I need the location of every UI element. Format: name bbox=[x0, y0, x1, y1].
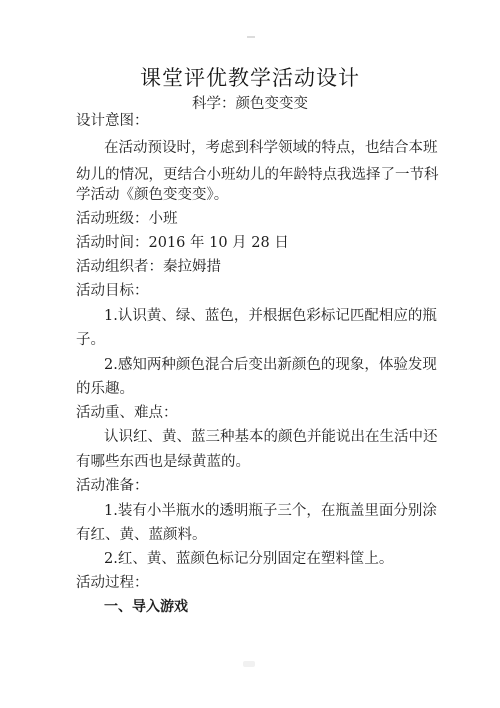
goal-item-continued: 的乐趣。 bbox=[76, 379, 134, 399]
section-heading-preparation: 活动准备： bbox=[76, 476, 149, 496]
field-activity-organizer: 活动组织者：秦拉姆措 bbox=[76, 257, 221, 277]
section-heading-goals: 活动目标： bbox=[76, 281, 149, 301]
field-activity-time: 活动时间：2016 年 10 月 28 日 bbox=[76, 233, 289, 253]
page-mark bbox=[243, 661, 255, 667]
section-heading-key-points: 活动重、难点： bbox=[76, 403, 178, 423]
process-step-heading: 一、导入游戏 bbox=[104, 597, 188, 617]
paragraph-line: 幼儿的情况，更结合小班幼儿的年龄特点我选择了一节科 bbox=[76, 165, 439, 185]
paragraph-line: 有哪些东西也是绿黄蓝的。 bbox=[76, 452, 250, 472]
document-title: 课堂评优教学活动设计 bbox=[0, 62, 500, 92]
goal-item-continued: 子。 bbox=[76, 330, 105, 350]
preparation-item: 1.装有小半瓶水的透明瓶子三个，在瓶盖里面分别涂 bbox=[104, 501, 437, 521]
paragraph-line: 学活动《颜色变变变》。 bbox=[76, 185, 228, 205]
preparation-item: 2.红、黄、蓝颜色标记分别固定在塑料筐上。 bbox=[104, 549, 393, 569]
paragraph-line: 认识红、黄、蓝三种基本的颜色并能说出在生活中还 bbox=[104, 427, 438, 447]
page-mark bbox=[247, 36, 255, 38]
paragraph-line: 在活动预设时，考虑到科学领域的特点，也结合本班 bbox=[104, 138, 438, 158]
goal-item: 2.感知两种颜色混合后变出新颜色的现象，体验发现 bbox=[104, 355, 437, 375]
document-page: 课堂评优教学活动设计 科学：颜色变变变 设计意图： 在活动预设时，考虑到科学领域… bbox=[0, 0, 500, 708]
section-heading-process: 活动过程： bbox=[76, 573, 149, 593]
field-activity-class: 活动班级：小班 bbox=[76, 209, 178, 229]
document-subtitle: 科学：颜色变变变 bbox=[0, 92, 500, 113]
section-heading-design-intent: 设计意图： bbox=[76, 111, 149, 131]
goal-item: 1.认识黄、绿、蓝色，并根据色彩标记匹配相应的瓶 bbox=[104, 306, 437, 326]
preparation-item-continued: 有红、黄、蓝颜料。 bbox=[76, 525, 207, 545]
